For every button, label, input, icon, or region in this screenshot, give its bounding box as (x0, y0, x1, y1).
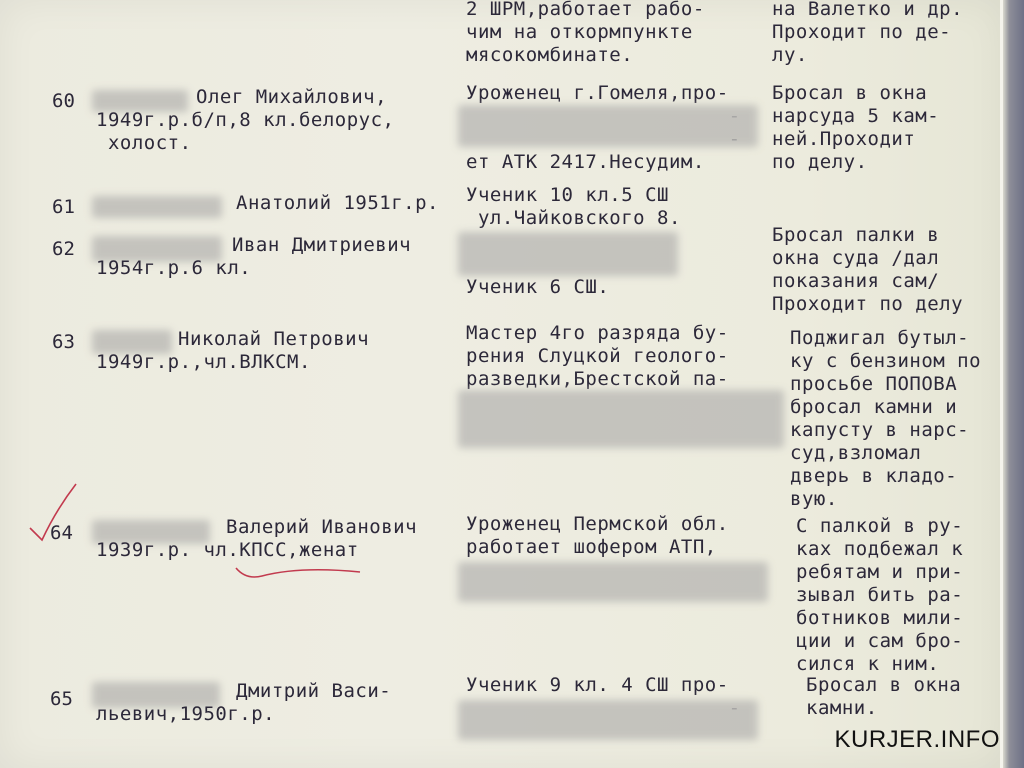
redacted-details (458, 105, 758, 147)
entry-person: Дмитрий Васи- льевич,1950г.р. (96, 680, 391, 726)
carryover-details: 2 ШРМ,работает рабо- чим на откормпункте… (466, 0, 705, 67)
entry-person: Николай Петрович 1949г.р.,чл.ВЛКСМ. (96, 328, 369, 374)
entry-details: Мастер 4го разряда бу- рения Слуцкой гео… (466, 322, 729, 391)
entry-person: Валерий Иванович 1939г.р. чл.КПСС,женат (96, 516, 417, 562)
typewritten-page: 2 ШРМ,работает рабо- чим на откормпункте… (0, 0, 1003, 768)
entry-details: Уроженец Пермской обл. работает шофером … (466, 513, 729, 559)
entry-person: Олег Михайлович, 1949г.р.б/п,8 кл.белору… (96, 86, 394, 155)
entry-number: 62 (52, 238, 75, 260)
redacted-details (458, 700, 758, 740)
entry-actions: Поджигал бутыл- ку с бензином по просьбе… (790, 327, 981, 511)
redacted-surname (92, 196, 222, 218)
entry-person: Иван Дмитриевич 1954г.р.6 кл. (96, 234, 411, 280)
redacted-details (458, 390, 784, 448)
entry-actions: С палкой в ру- ках подбежал к ребятам и … (796, 515, 963, 676)
entry-details: Ученик 10 кл.5 СШ ул.Чайковского 8. (466, 184, 681, 230)
carryover-actions: на Валетко и др. Проходит по де- лу. (772, 0, 963, 67)
entry-number: 63 (52, 331, 75, 353)
entry-number: 60 (52, 90, 75, 112)
redacted-details (458, 562, 768, 602)
entry-number: 61 (52, 196, 75, 218)
entry-actions: Бросал в окна камни. (806, 674, 961, 720)
page-edge-shadow (1003, 0, 1024, 768)
watermark: KURJER.INFO (834, 726, 1000, 754)
entry-person: Анатолий 1951г.р. (236, 192, 439, 215)
entry-details: Ученик 6 СШ. (466, 230, 609, 299)
entry-actions: Бросал в окна нарсуда 5 кам- ней.Проходи… (772, 82, 939, 174)
entry-actions: Бросал палки в окна суда /дал показания … (772, 224, 963, 316)
entry-number: 65 (50, 688, 73, 710)
entry-number: 64 (50, 522, 73, 544)
